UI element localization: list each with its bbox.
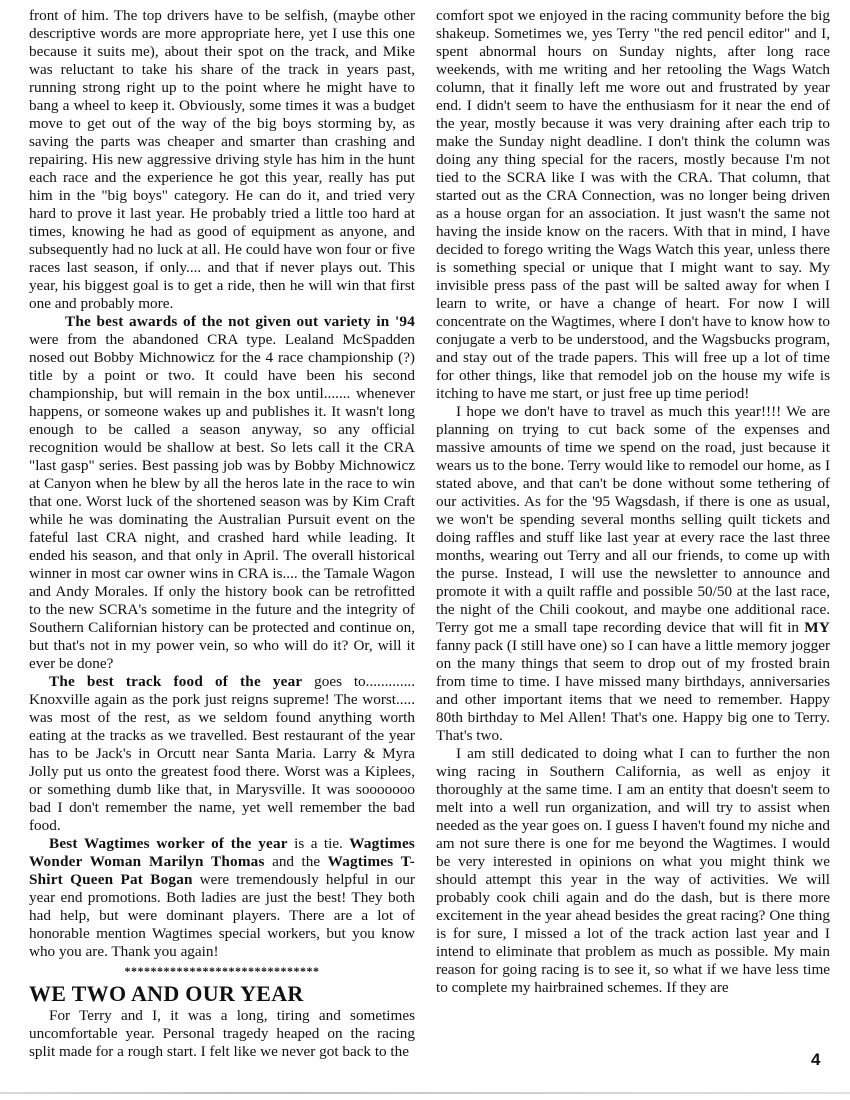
paragraph-dedicated: I am still dedicated to doing what I can… <box>436 745 830 997</box>
paragraph-travel: I hope we don't have to travel as much t… <box>436 403 830 745</box>
right-column: comfort spot we enjoyed in the racing co… <box>436 7 830 997</box>
paragraph-track-food: The best track food of the year goes to.… <box>29 673 415 835</box>
lead-in-best-awards: The best awards of the not given out var… <box>65 313 415 330</box>
newsletter-page: front of him. The top drivers have to be… <box>0 0 850 1100</box>
lead-in-wagtimes-worker: Best Wagtimes worker of the year <box>49 835 288 852</box>
lead-in-track-food: The best track food of the year <box>49 673 302 690</box>
paragraph-mike-driving: front of him. The top drivers have to be… <box>29 7 415 313</box>
section-heading: WE TWO AND OUR YEAR <box>29 981 415 1007</box>
paragraph-wags-watch: comfort spot we enjoyed in the racing co… <box>436 7 830 403</box>
page-number: 4 <box>811 1050 820 1070</box>
paragraph-best-awards: The best awards of the not given out var… <box>29 313 415 673</box>
section-separator: ****************************** <box>29 961 415 981</box>
paragraph-wagtimes-worker: Best Wagtimes worker of the year is a ti… <box>29 835 415 961</box>
left-column: front of him. The top drivers have to be… <box>29 7 415 1061</box>
emphasis-my: MY <box>804 619 830 636</box>
scan-edge-divider <box>0 1092 850 1094</box>
paragraph-we-two: For Terry and I, it was a long, tiring a… <box>29 1007 415 1061</box>
